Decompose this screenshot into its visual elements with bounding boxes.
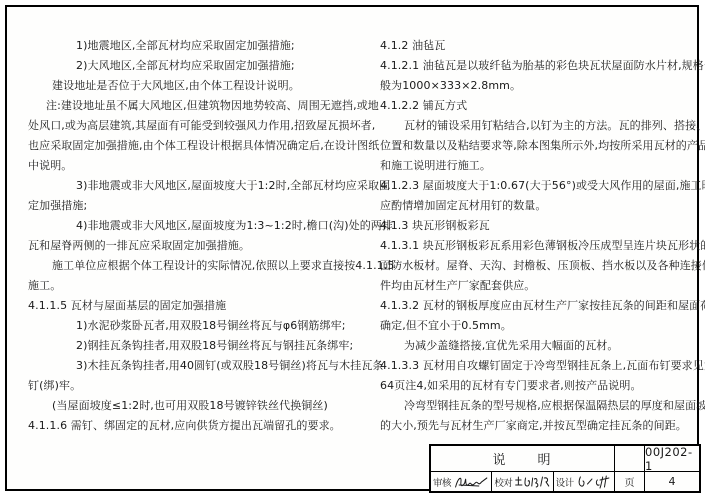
text-line: 4.1.2.1 油毡瓦是以玻纤毡为胎基的彩色块瓦状屋面防水片材,规格一 xyxy=(380,56,695,76)
page-number: 4 xyxy=(645,472,699,491)
check-label: 校对 xyxy=(492,475,513,489)
text-line: 4.1.2.3 屋面坡度大于1:0.67(大于56°)或受大风作用的屋面,施工时 xyxy=(380,176,695,196)
text-line: 64页注4,如采用的瓦材有专门要求者,则按产品说明。 xyxy=(380,376,695,396)
text-line: 2)钢挂瓦条钩挂者,用双股18号铜丝将瓦与钢挂瓦条绑牢; xyxy=(28,336,368,356)
text-line: 4.1.1.6 需钉、绑固定的瓦材,应向供货方提出瓦端留孔的要求。 xyxy=(28,416,368,436)
text-line: 注:建设地址虽不属大风地区,但建筑物因地势较高、周围无遮挡,或地 xyxy=(28,96,368,116)
text-line: 冷弯型钢挂瓦条的型号规格,应根据保温隔热层的厚度和屋面坡度 xyxy=(380,396,695,416)
text-line: 确定,但不宜小于0.5mm。 xyxy=(380,316,695,336)
text-line: 位置和数量以及粘结要求等,除本图集所示外,均按所采用瓦材的产品 xyxy=(380,136,695,156)
text-line: 1)地震地区,全部瓦材均应采取固定加强措施; xyxy=(28,36,368,56)
text-line: 建设地址是否位于大风地区,由个体工程设计说明。 xyxy=(28,76,368,96)
text-line: 4.1.3.1 块瓦形钢板彩瓦系用彩色薄钢板冷压成型呈连片块瓦形状的屋 xyxy=(380,236,695,256)
text-line: 瓦材的铺设采用钉粘结合,以钉为主的方法。瓦的排列、搭接、下钉 xyxy=(380,116,695,136)
check-group: 校对 xyxy=(491,472,552,491)
page-label: 页 xyxy=(615,472,645,491)
title-block: 说 明 00J202-1 审核 校对 设计 页 4 xyxy=(429,444,701,493)
text-line: 中说明。 xyxy=(28,156,368,176)
text-line: 处风口,或为高层建筑,其屋面有可能受到较强风力作用,招致屋瓦损坏者, xyxy=(28,116,368,136)
text-line: 施工。 xyxy=(28,276,368,296)
check-signature xyxy=(513,474,552,490)
text-line: 应酌情增加固定瓦材用钉的数量。 xyxy=(380,196,695,216)
text-line: 3)木挂瓦条钩挂者,用40圆钉(或双股18号铜丝)将瓦与木挂瓦条 xyxy=(28,356,368,376)
text-line: 和施工说明进行施工。 xyxy=(380,156,695,176)
text-line: 4.1.2 油毡瓦 xyxy=(380,36,695,56)
text-line: 1)水泥砂浆卧瓦者,用双股18号铜丝将瓦与φ6钢筋绑牢; xyxy=(28,316,368,336)
atlas-number: 00J202-1 xyxy=(645,446,699,472)
text-line: 2)大风地区,全部瓦材均应采取固定加强措施; xyxy=(28,56,368,76)
audit-label: 审核 xyxy=(431,475,452,489)
text-line: 面防水板材。屋脊、天沟、封檐板、压顶板、挡水板以及各种连接件、密封 xyxy=(380,256,695,276)
text-line: 4.1.3.3 瓦材用自攻螺钉固定于冷弯型钢挂瓦条上,瓦面布钉要求见第 xyxy=(380,356,695,376)
design-signature xyxy=(575,474,614,490)
text-line: 为减少盖缝搭接,宜优先采用大幅面的瓦材。 xyxy=(380,336,695,356)
text-line: 施工单位应根据个体工程设计的实际情况,依照以上要求直接按4.1.1.5 xyxy=(28,256,368,276)
design-group: 设计 xyxy=(553,472,614,491)
text-line: 4.1.3.2 瓦材的钢板厚度应由瓦材生产厂家按挂瓦条的间距和屋面荷载 xyxy=(380,296,695,316)
text-line: 4)非地震或非大风地区,屋面坡度为1:3~1:2时,檐口(沟)处的两排 xyxy=(28,216,368,236)
text-line: 4.1.1.5 瓦材与屋面基层的固定加强措施 xyxy=(28,296,368,316)
text-line: 定加强措施; xyxy=(28,196,368,216)
text-line: 也应采取固定加强措施,由个体工程设计根据具体情况确定后,在设计图纸 xyxy=(28,136,368,156)
text-column-right: 4.1.2 油毡瓦4.1.2.1 油毡瓦是以玻纤毡为胎基的彩色块瓦状屋面防水片材… xyxy=(380,36,695,436)
audit-group: 审核 xyxy=(431,472,491,491)
text-line: 般为1000×333×2.8mm。 xyxy=(380,76,695,96)
text-line: 钉(绑)牢。 xyxy=(28,376,368,396)
text-column-left: 1)地震地区,全部瓦材均应采取固定加强措施;2)大风地区,全部瓦材均应采取固定加… xyxy=(28,36,368,436)
text-line: (当屋面坡度≤1:2时,也可用双股18号镀锌铁丝代换铜丝) xyxy=(28,396,368,416)
sheet-title: 说 明 xyxy=(431,446,615,472)
text-line: 件均由瓦材生产厂家配套供应。 xyxy=(380,276,695,296)
text-line: 的大小,预先与瓦材生产厂家商定,并按瓦型确定挂瓦条的间距。 xyxy=(380,416,695,436)
audit-signature xyxy=(452,474,491,490)
design-label: 设计 xyxy=(554,475,575,489)
text-line: 4.1.2.2 铺瓦方式 xyxy=(380,96,695,116)
text-line: 4.1.3 块瓦形钢板彩瓦 xyxy=(380,216,695,236)
signature-row: 审核 校对 设计 xyxy=(431,472,615,491)
text-line: 瓦和屋脊两侧的一排瓦应采取固定加强措施。 xyxy=(28,236,368,256)
title-block-empty-cell xyxy=(615,446,645,472)
text-line: 3)非地震或非大风地区,屋面坡度大于1:2时,全部瓦材均应采取固 xyxy=(28,176,368,196)
